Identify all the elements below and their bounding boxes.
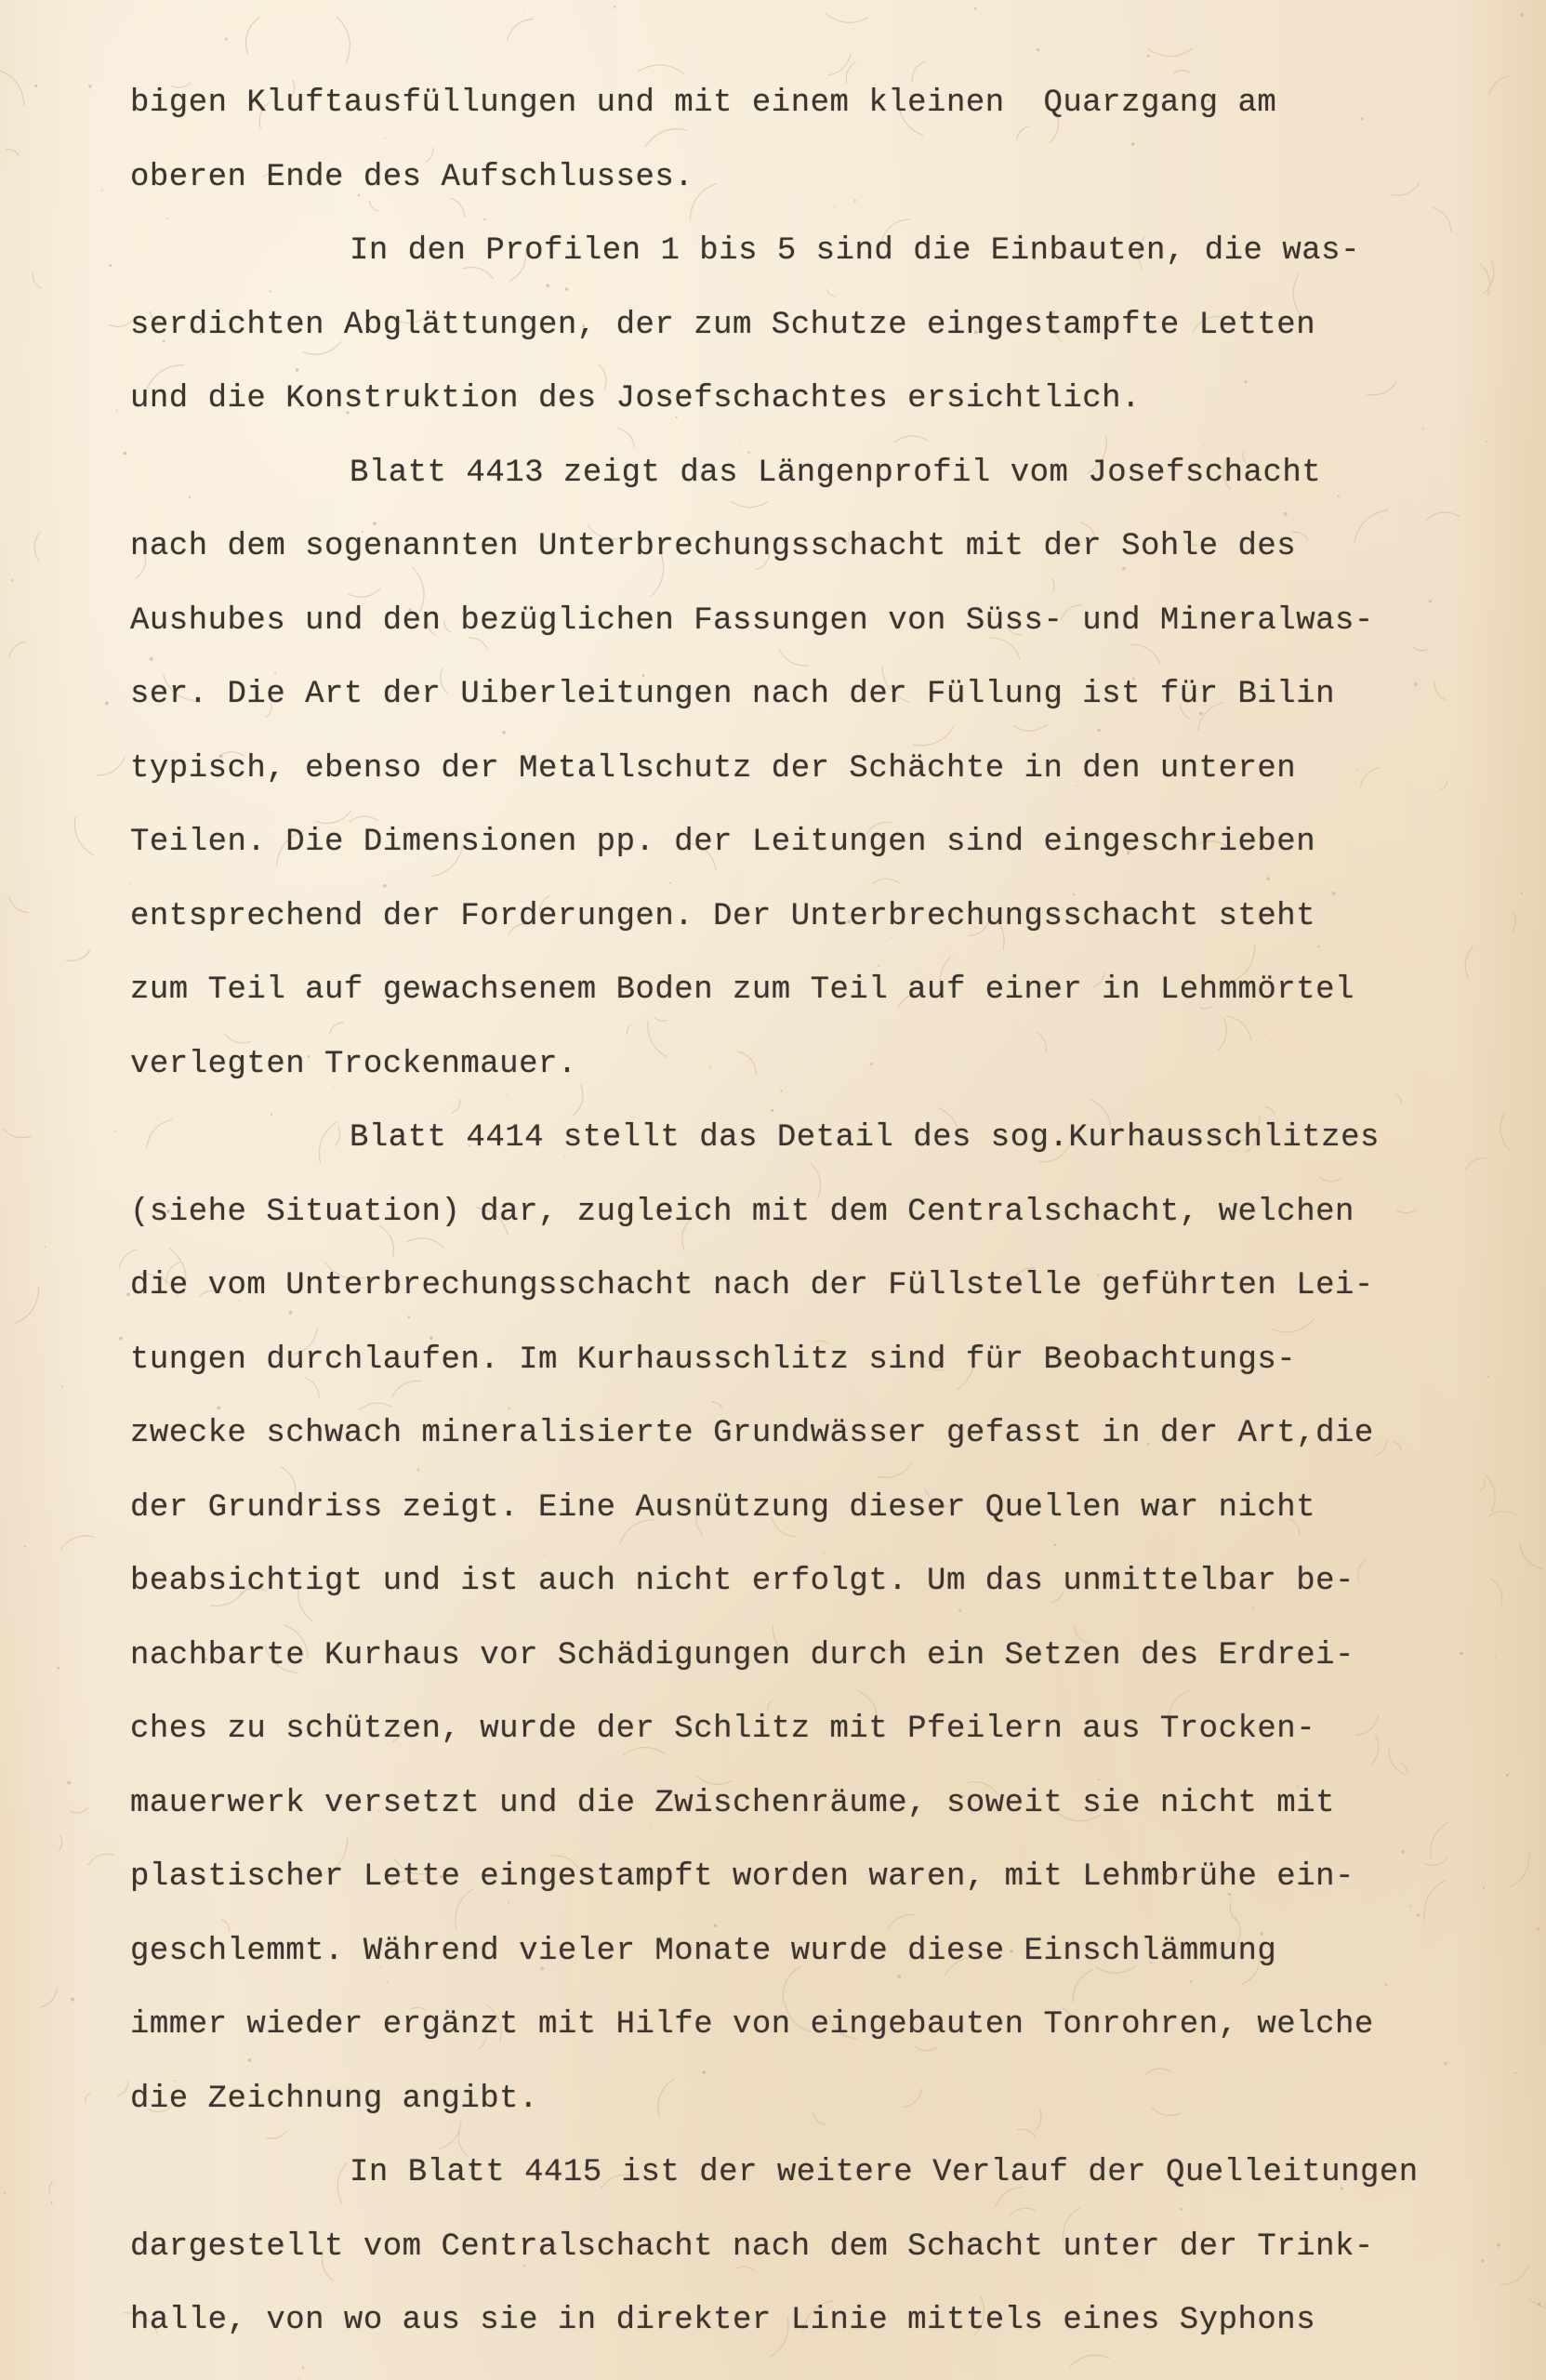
- document-page: bigen Kluftausfüllungen und mit einem kl…: [0, 0, 1546, 2380]
- text-line: Aushubes und den bezüglichen Fassungen v…: [130, 585, 1525, 659]
- text-line: Teilen. Die Dimensionen pp. der Leitunge…: [130, 806, 1525, 880]
- text-line: die vom Unterbrechungsschacht nach der F…: [130, 1249, 1525, 1324]
- text-line: dargestellt vom Centralschacht nach dem …: [130, 2211, 1525, 2285]
- text-line: immer wieder ergänzt mit Hilfe von einge…: [130, 1989, 1525, 2063]
- text-line: (siehe Situation) dar, zugleich mit dem …: [130, 1176, 1525, 1250]
- text-line: entsprechend der Forderungen. Der Unterb…: [130, 880, 1525, 955]
- text-line: typisch, ebenso der Metallschutz der Sch…: [130, 733, 1525, 807]
- text-line: zwecke schwach mineralisierte Grundwässe…: [130, 1397, 1525, 1472]
- text-line: serdichten Abglättungen, der zum Schutze…: [130, 289, 1525, 364]
- text-line: die Zeichnung angibt.: [130, 2063, 1525, 2137]
- text-line: oberen Ende des Aufschlusses.: [130, 141, 1525, 216]
- text-line: bigen Kluftausfüllungen und mit einem kl…: [130, 67, 1525, 141]
- text-line: beabsichtigt und ist auch nicht erfolgt.…: [130, 1545, 1525, 1620]
- text-line: mauerwerk versetzt und die Zwischenräume…: [130, 1767, 1525, 1842]
- text-line: tungen durchlaufen. Im Kurhausschlitz si…: [130, 1324, 1525, 1398]
- text-line: verlegten Trockenmauer.: [130, 1028, 1525, 1103]
- text-line: ser. Die Art der Uiberleitungen nach der…: [130, 658, 1525, 733]
- text-line: nachbarte Kurhaus vor Schädigungen durch…: [130, 1620, 1525, 1694]
- paragraph-first-line: In den Profilen 1 bis 5 sind die Einbaut…: [130, 215, 1525, 289]
- text-line: geschlemmt. Während vieler Monate wurde …: [130, 1915, 1525, 1990]
- text-line: und die Konstruktion des Josefschachtes …: [130, 363, 1525, 437]
- paragraph-first-line: Blatt 4414 stellt das Detail des sog.Kur…: [130, 1102, 1525, 1176]
- paragraph-first-line: Blatt 4413 zeigt das Längenprofil vom Jo…: [130, 437, 1525, 511]
- text-line: nach dem sogenannten Unterbrechungsschac…: [130, 510, 1525, 585]
- text-line: plastischer Lette eingestampft worden wa…: [130, 1841, 1525, 1915]
- typewritten-text-body: bigen Kluftausfüllungen und mit einem kl…: [130, 67, 1525, 2359]
- paragraph-first-line: In Blatt 4415 ist der weitere Verlauf de…: [130, 2136, 1525, 2211]
- text-line: ches zu schützen, wurde der Schlitz mit …: [130, 1693, 1525, 1767]
- text-line: halle, von wo aus sie in direkter Linie …: [130, 2284, 1525, 2359]
- text-line: zum Teil auf gewachsenem Boden zum Teil …: [130, 954, 1525, 1028]
- text-line: der Grundriss zeigt. Eine Ausnützung die…: [130, 1472, 1525, 1546]
